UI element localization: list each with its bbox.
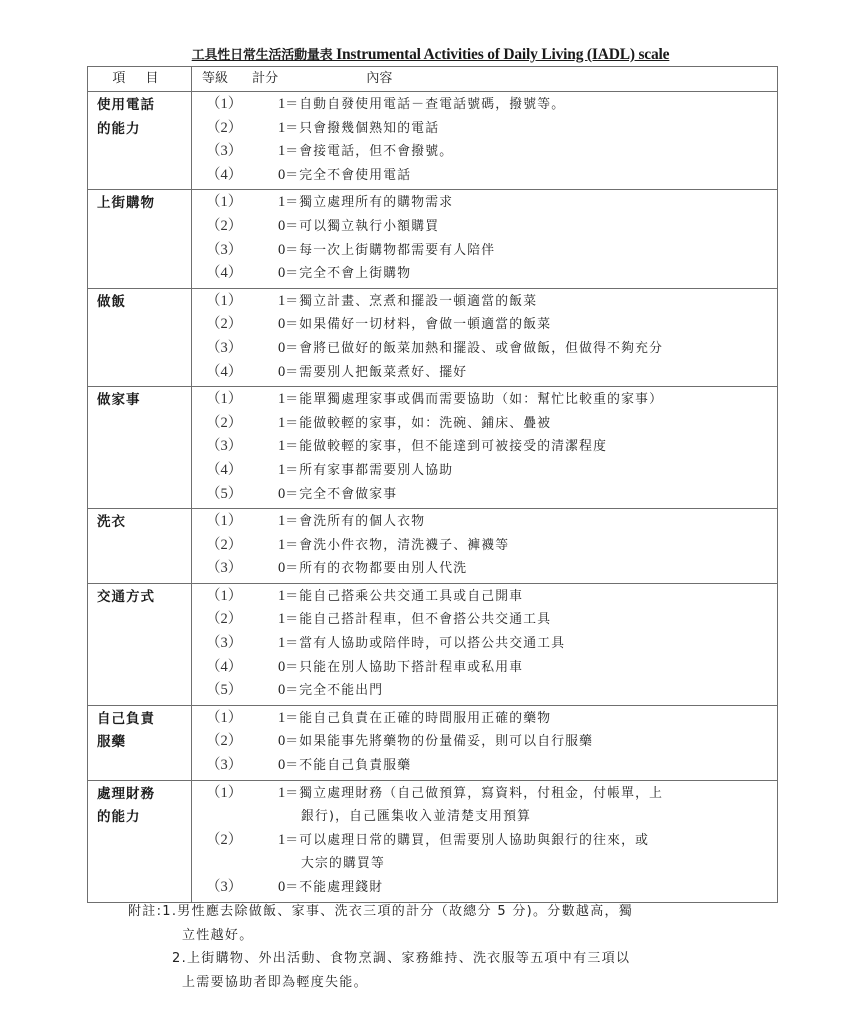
- option-level: （4）: [192, 262, 278, 286]
- option-level: （2）: [192, 829, 278, 876]
- options-cell: （1）1＝獨立處理財務（自己做預算，寫資料，付租金，付帳單，上銀行)，自己匯集收…: [192, 780, 778, 902]
- option-line: （2）1＝會洗小件衣物，清洗襪子、褲襪等: [192, 534, 777, 558]
- note-lead: 附註:: [128, 904, 162, 919]
- item-name-cell: 交通方式: [88, 583, 192, 705]
- item-name-line: 做家事: [97, 389, 191, 413]
- option-level: （5）: [192, 679, 278, 703]
- option-description: 1＝會接電話，但不會撥號。: [278, 140, 777, 164]
- table-row: 做家事（1）1＝能單獨處理家事或偶而需要協助（如：幫忙比較重的家事）（2）1＝能…: [88, 387, 778, 509]
- option-description: 0＝只能在別人協助下搭計程車或私用車: [278, 656, 777, 680]
- option-level: （2）: [192, 608, 278, 632]
- option-line: （3）0＝每一次上街購物都需要有人陪伴: [192, 239, 777, 263]
- option-text: ＝能自己負責在正確的時間服用正確的藥物: [285, 711, 551, 726]
- note-2-line-1: 2.上街購物、外出活動、食物烹調、家務維持、洗衣服等五項中有三項以: [128, 947, 768, 971]
- option-line: （4）0＝完全不會上街購物: [192, 262, 777, 286]
- option-text: ＝能自己搭計程車，但不會搭公共交通工具: [285, 612, 551, 627]
- option-level: （3）: [192, 557, 278, 581]
- table-header-row: 項 目 等級 計分 內容: [88, 67, 778, 92]
- option-line: （3）1＝當有人協助或陪伴時，可以搭公共交通工具: [192, 632, 777, 656]
- title-english: Instrumental Activities of Daily Living …: [332, 46, 669, 63]
- option-description: 0＝可以獨立執行小額購買: [278, 215, 777, 239]
- item-name-cell: 洗衣: [88, 509, 192, 584]
- table-row: 自己負責服藥（1）1＝能自己負責在正確的時間服用正確的藥物（2）0＝如果能事先將…: [88, 705, 778, 780]
- option-text: ＝完全不會做家事: [285, 487, 397, 502]
- option-level: （3）: [192, 435, 278, 459]
- option-description: 0＝完全不會上街購物: [278, 262, 777, 286]
- option-line: （3）0＝不能自己負責服藥: [192, 754, 777, 778]
- option-line: （3）0＝不能處理錢財: [192, 876, 777, 900]
- option-level: （2）: [192, 117, 278, 141]
- options-cell: （1）1＝能自己負責在正確的時間服用正確的藥物（2）0＝如果能事先將藥物的份量備…: [192, 705, 778, 780]
- table-row: 洗衣（1）1＝會洗所有的個人衣物（2）1＝會洗小件衣物，清洗襪子、褲襪等（3）0…: [88, 509, 778, 584]
- option-text: ＝如果能事先將藥物的份量備妥，則可以自行服藥: [285, 734, 593, 749]
- options-cell: （1）1＝自動自發使用電話－查電話號碼，撥號等。（2）1＝只會撥幾個熟知的電話（…: [192, 92, 778, 190]
- option-level: （4）: [192, 459, 278, 483]
- option-line: （2）1＝能做較輕的家事，如：洗碗、鋪床、疊被: [192, 412, 777, 436]
- item-name-cell: 上街購物: [88, 190, 192, 288]
- option-description: 0＝完全不會使用電話: [278, 164, 777, 188]
- option-text: ＝如果備好一切材料，會做一頓適當的飯菜: [285, 317, 551, 332]
- option-line: （1）1＝獨立處理財務（自己做預算，寫資料，付租金，付帳單，上銀行)，自己匯集收…: [192, 782, 777, 829]
- option-level: （1）: [192, 93, 278, 117]
- option-text: ＝可以處理日常的購買，但需要別人協助與銀行的往來，或: [285, 833, 649, 848]
- option-description: 0＝不能自己負責服藥: [278, 754, 777, 778]
- option-line: （3）0＝所有的衣物都要由別人代洗: [192, 557, 777, 581]
- option-level: （4）: [192, 164, 278, 188]
- option-text: ＝自動自發使用電話－查電話號碼，撥號等。: [285, 97, 565, 112]
- option-text: ＝每一次上街購物都需要有人陪伴: [285, 243, 495, 258]
- item-name-line: 服藥: [97, 731, 191, 755]
- option-text: ＝會接電話，但不會撥號。: [285, 144, 453, 159]
- option-line: （4）0＝完全不會使用電話: [192, 164, 777, 188]
- option-level: （3）: [192, 876, 278, 900]
- table-row: 處理財務的能力（1）1＝獨立處理財務（自己做預算，寫資料，付租金，付帳單，上銀行…: [88, 780, 778, 902]
- option-level: （1）: [192, 510, 278, 534]
- item-name-line: 洗衣: [97, 511, 191, 535]
- table-row: 做飯（1）1＝獨立計畫、烹煮和擺設一頓適當的飯菜（2）0＝如果備好一切材料，會做…: [88, 288, 778, 386]
- option-level: （3）: [192, 337, 278, 361]
- option-level: （2）: [192, 215, 278, 239]
- option-line: （1）1＝獨立計畫、烹煮和擺設一頓適當的飯菜: [192, 290, 777, 314]
- option-text: ＝能做較輕的家事，但不能達到可被接受的清潔程度: [285, 439, 607, 454]
- table-row: 使用電話的能力（1）1＝自動自發使用電話－查電話號碼，撥號等。（2）1＝只會撥幾…: [88, 92, 778, 190]
- option-line: （1）1＝能自己搭乘公共交通工具或自己開車: [192, 585, 777, 609]
- item-name-line: 的能力: [97, 118, 191, 142]
- option-description: 1＝可以處理日常的購買，但需要別人協助與銀行的往來，或大宗的購買等: [278, 829, 777, 876]
- option-text: ＝能單獨處理家事或偶而需要協助（如：幫忙比較重的家事）: [285, 392, 663, 407]
- option-line: （4）0＝需要別人把飯菜煮好、擺好: [192, 361, 777, 385]
- options-cell: （1）1＝能單獨處理家事或偶而需要協助（如：幫忙比較重的家事）（2）1＝能做較輕…: [192, 387, 778, 509]
- option-line: （1）1＝獨立處理所有的購物需求: [192, 191, 777, 215]
- option-line: （1）1＝能單獨處理家事或偶而需要協助（如：幫忙比較重的家事）: [192, 388, 777, 412]
- item-name-line: 交通方式: [97, 586, 191, 610]
- item-name-line: 使用電話: [97, 94, 191, 118]
- table-row: 上街購物（1）1＝獨立處理所有的購物需求（2）0＝可以獨立執行小額購買（3）0＝…: [88, 190, 778, 288]
- option-text: ＝完全不會使用電話: [285, 168, 411, 183]
- option-line: （2）0＝如果能事先將藥物的份量備妥，則可以自行服藥: [192, 730, 777, 754]
- option-description: 0＝不能處理錢財: [278, 876, 777, 900]
- option-description: 1＝獨立計畫、烹煮和擺設一頓適當的飯菜: [278, 290, 777, 314]
- options-cell: （1）1＝獨立計畫、烹煮和擺設一頓適當的飯菜（2）0＝如果備好一切材料，會做一頓…: [192, 288, 778, 386]
- option-line: （1）1＝會洗所有的個人衣物: [192, 510, 777, 534]
- option-line: （2）0＝可以獨立執行小額購買: [192, 215, 777, 239]
- item-name-line: 自己負責: [97, 708, 191, 732]
- option-level: （1）: [192, 191, 278, 215]
- option-text: ＝完全不會上街購物: [285, 266, 411, 281]
- option-description: 1＝能做較輕的家事，但不能達到可被接受的清潔程度: [278, 435, 777, 459]
- option-description: 1＝能單獨處理家事或偶而需要協助（如：幫忙比較重的家事）: [278, 388, 777, 412]
- option-text: ＝需要別人把飯菜煮好、擺好: [285, 365, 467, 380]
- option-level: （3）: [192, 632, 278, 656]
- item-name-line: 做飯: [97, 291, 191, 315]
- option-description: 0＝需要別人把飯菜煮好、擺好: [278, 361, 777, 385]
- header-score: 計分: [232, 67, 278, 91]
- option-description: 1＝只會撥幾個熟知的電話: [278, 117, 777, 141]
- item-name-cell: 處理財務的能力: [88, 780, 192, 902]
- option-description: 1＝能自己搭計程車，但不會搭公共交通工具: [278, 608, 777, 632]
- table-body: 使用電話的能力（1）1＝自動自發使用電話－查電話號碼，撥號等。（2）1＝只會撥幾…: [88, 92, 778, 903]
- option-description: 0＝所有的衣物都要由別人代洗: [278, 557, 777, 581]
- option-level: （2）: [192, 534, 278, 558]
- option-line: （2）0＝如果備好一切材料，會做一頓適當的飯菜: [192, 313, 777, 337]
- option-text: ＝獨立計畫、烹煮和擺設一頓適當的飯菜: [285, 294, 537, 309]
- option-level: （2）: [192, 730, 278, 754]
- item-name-line: 的能力: [97, 806, 191, 830]
- note-1-line-2: 立性越好。: [128, 924, 768, 948]
- option-description: 1＝當有人協助或陪伴時，可以搭公共交通工具: [278, 632, 777, 656]
- item-name-cell: 使用電話的能力: [88, 92, 192, 190]
- option-line: （3）0＝會將已做好的飯菜加熱和擺設、或會做飯，但做得不夠充分: [192, 337, 777, 361]
- option-level: （1）: [192, 290, 278, 314]
- option-line: （4）0＝只能在別人協助下搭計程車或私用車: [192, 656, 777, 680]
- option-description: 0＝每一次上街購物都需要有人陪伴: [278, 239, 777, 263]
- option-text: ＝會將已做好的飯菜加熱和擺設、或會做飯，但做得不夠充分: [285, 341, 663, 356]
- item-name-cell: 做家事: [88, 387, 192, 509]
- option-line: （3）1＝能做較輕的家事，但不能達到可被接受的清潔程度: [192, 435, 777, 459]
- option-description: 0＝會將已做好的飯菜加熱和擺設、或會做飯，但做得不夠充分: [278, 337, 777, 361]
- document-title: 工具性日常生活活動量表 Instrumental Activities of D…: [0, 44, 861, 64]
- iadl-table: 項 目 等級 計分 內容 使用電話的能力（1）1＝自動自發使用電話－查電話號碼，…: [87, 66, 778, 903]
- option-level: （3）: [192, 754, 278, 778]
- title-chinese: 工具性日常生活活動量表: [192, 48, 333, 63]
- option-text: ＝完全不能出門: [285, 683, 383, 698]
- option-text: ＝所有的衣物都要由別人代洗: [285, 561, 467, 576]
- option-description: 1＝獨立處理財務（自己做預算，寫資料，付租金，付帳單，上銀行)，自己匯集收入並清…: [278, 782, 777, 829]
- option-description: 1＝能自己負責在正確的時間服用正確的藥物: [278, 707, 777, 731]
- option-level: （1）: [192, 707, 278, 731]
- option-description: 1＝會洗小件衣物，清洗襪子、褲襪等: [278, 534, 777, 558]
- option-description: 0＝完全不能出門: [278, 679, 777, 703]
- table-row: 交通方式（1）1＝能自己搭乘公共交通工具或自己開車（2）1＝能自己搭計程車，但不…: [88, 583, 778, 705]
- option-description: 1＝會洗所有的個人衣物: [278, 510, 777, 534]
- option-text: ＝可以獨立執行小額購買: [285, 219, 439, 234]
- header-item: 項 目: [88, 67, 192, 92]
- option-description: 0＝如果備好一切材料，會做一頓適當的飯菜: [278, 313, 777, 337]
- option-text: ＝當有人協助或陪伴時，可以搭公共交通工具: [285, 636, 565, 651]
- header-content: 內容: [282, 67, 392, 91]
- option-description: 1＝自動自發使用電話－查電話號碼，撥號等。: [278, 93, 777, 117]
- option-level: （1）: [192, 388, 278, 412]
- footnotes: 附註:1.男性應去除做飯、家事、洗衣三項的計分（故總分 5 分)。分數越高，獨 …: [128, 900, 768, 994]
- option-level: （4）: [192, 656, 278, 680]
- option-level: （1）: [192, 782, 278, 829]
- option-text: ＝會洗小件衣物，清洗襪子、褲襪等: [285, 538, 509, 553]
- option-text: ＝獨立處理財務（自己做預算，寫資料，付租金，付帳單，上: [285, 786, 663, 801]
- option-line: （5）0＝完全不能出門: [192, 679, 777, 703]
- option-level: （4）: [192, 361, 278, 385]
- option-description: 1＝獨立處理所有的購物需求: [278, 191, 777, 215]
- option-level: （2）: [192, 412, 278, 436]
- option-line: （2）1＝可以處理日常的購買，但需要別人協助與銀行的往來，或大宗的購買等: [192, 829, 777, 876]
- option-text: ＝不能處理錢財: [285, 880, 383, 895]
- option-level: （5）: [192, 483, 278, 507]
- option-text: ＝只會撥幾個熟知的電話: [285, 121, 439, 136]
- option-text: ＝能做較輕的家事，如：洗碗、鋪床、疊被: [285, 416, 551, 431]
- item-name-cell: 自己負責服藥: [88, 705, 192, 780]
- option-text: ＝只能在別人協助下搭計程車或私用車: [285, 660, 523, 675]
- option-description: 0＝如果能事先將藥物的份量備妥，則可以自行服藥: [278, 730, 777, 754]
- item-name-line: 處理財務: [97, 783, 191, 807]
- option-text: ＝獨立處理所有的購物需求: [285, 195, 453, 210]
- option-text: ＝不能自己負責服藥: [285, 758, 411, 773]
- option-line: （2）1＝只會撥幾個熟知的電話: [192, 117, 777, 141]
- option-text: ＝能自己搭乘公共交通工具或自己開車: [285, 589, 523, 604]
- option-description: 0＝完全不會做家事: [278, 483, 777, 507]
- option-level: （3）: [192, 239, 278, 263]
- options-cell: （1）1＝會洗所有的個人衣物（2）1＝會洗小件衣物，清洗襪子、褲襪等（3）0＝所…: [192, 509, 778, 584]
- option-level: （3）: [192, 140, 278, 164]
- item-name-line: 上街購物: [97, 192, 191, 216]
- options-cell: （1）1＝獨立處理所有的購物需求（2）0＝可以獨立執行小額購買（3）0＝每一次上…: [192, 190, 778, 288]
- option-description: 1＝能做較輕的家事，如：洗碗、鋪床、疊被: [278, 412, 777, 436]
- header-level: 等級: [192, 67, 228, 91]
- option-line: （2）1＝能自己搭計程車，但不會搭公共交通工具: [192, 608, 777, 632]
- option-description: 1＝能自己搭乘公共交通工具或自己開車: [278, 585, 777, 609]
- header-level-score-content: 等級 計分 內容: [192, 67, 778, 92]
- option-line: （4）1＝所有家事都需要別人協助: [192, 459, 777, 483]
- option-line: （1）1＝自動自發使用電話－查電話號碼，撥號等。: [192, 93, 777, 117]
- option-text: ＝會洗所有的個人衣物: [285, 514, 425, 529]
- option-line: （5）0＝完全不會做家事: [192, 483, 777, 507]
- option-text-continuation: 大宗的購買等: [278, 852, 777, 876]
- option-description: 1＝所有家事都需要別人協助: [278, 459, 777, 483]
- item-name-cell: 做飯: [88, 288, 192, 386]
- option-line: （3）1＝會接電話，但不會撥號。: [192, 140, 777, 164]
- option-level: （2）: [192, 313, 278, 337]
- option-line: （1）1＝能自己負責在正確的時間服用正確的藥物: [192, 707, 777, 731]
- note-2-line-2: 上需要協助者即為輕度失能。: [128, 971, 768, 995]
- option-text-continuation: 銀行)，自己匯集收入並清楚支用預算: [278, 805, 777, 829]
- options-cell: （1）1＝能自己搭乘公共交通工具或自己開車（2）1＝能自己搭計程車，但不會搭公共…: [192, 583, 778, 705]
- note-1-line-1: 附註:1.男性應去除做飯、家事、洗衣三項的計分（故總分 5 分)。分數越高，獨: [128, 900, 768, 924]
- option-text: ＝所有家事都需要別人協助: [285, 463, 453, 478]
- option-level: （1）: [192, 585, 278, 609]
